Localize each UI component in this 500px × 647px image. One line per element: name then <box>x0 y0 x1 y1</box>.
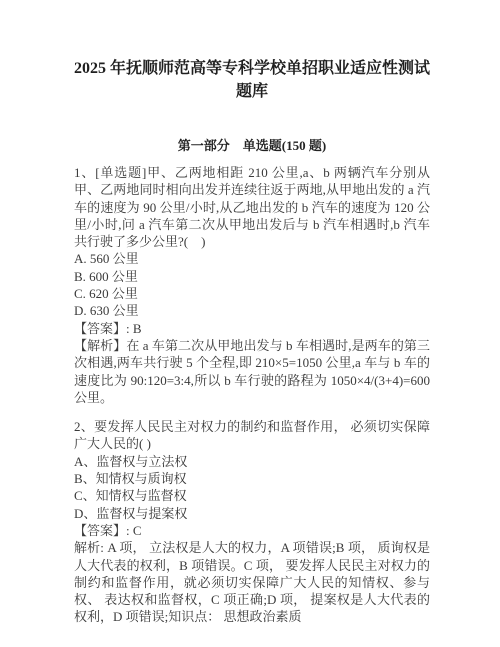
question-2-option-d: D、监督权与提案权 <box>74 505 430 522</box>
question-2-option-a: A、监督权与立法权 <box>74 453 430 470</box>
document-title: 2025 年抚顺师范高等专科学校单招职业适应性测试题库 <box>74 57 430 103</box>
question-1-option-d: D. 630 公里 <box>74 302 430 319</box>
question-2-option-c: C、知情权与监督权 <box>74 487 430 504</box>
question-2-stem: 2、要发挥人民民主对权力的制约和监督作用， 必须切实保障广大人民的( ) <box>74 418 430 453</box>
question-1-option-a: A. 560 公里 <box>74 250 430 267</box>
question-1: 1、[单选题]甲、乙两地相距 210 公里,a、b 两辆汽车分别从甲、乙两地同时… <box>74 164 430 406</box>
document-page: 2025 年抚顺师范高等专科学校单招职业适应性测试题库 第一部分 单选题(150… <box>0 0 500 647</box>
question-2-analysis: 解析: A 项， 立法权是人大的权力，A 项错误;B 项， 质询权是人大代表的权… <box>74 539 430 625</box>
question-1-analysis: 【解析】在 a 车第二次从甲地出发与 b 车相遇时,是两车的第三次相遇,两车共行… <box>74 337 430 406</box>
question-1-answer: 【答案】: B <box>74 320 430 337</box>
question-2-option-b: B、知情权与质询权 <box>74 470 430 487</box>
question-1-stem: 1、[单选题]甲、乙两地相距 210 公里,a、b 两辆汽车分别从甲、乙两地同时… <box>74 164 430 250</box>
section-heading: 第一部分 单选题(150 题) <box>74 137 430 154</box>
question-1-option-b: B. 600 公里 <box>74 268 430 285</box>
question-2: 2、要发挥人民民主对权力的制约和监督作用， 必须切实保障广大人民的( ) A、监… <box>74 418 430 626</box>
question-2-answer: 【答案】: C <box>74 522 430 539</box>
question-1-option-c: C. 620 公里 <box>74 285 430 302</box>
